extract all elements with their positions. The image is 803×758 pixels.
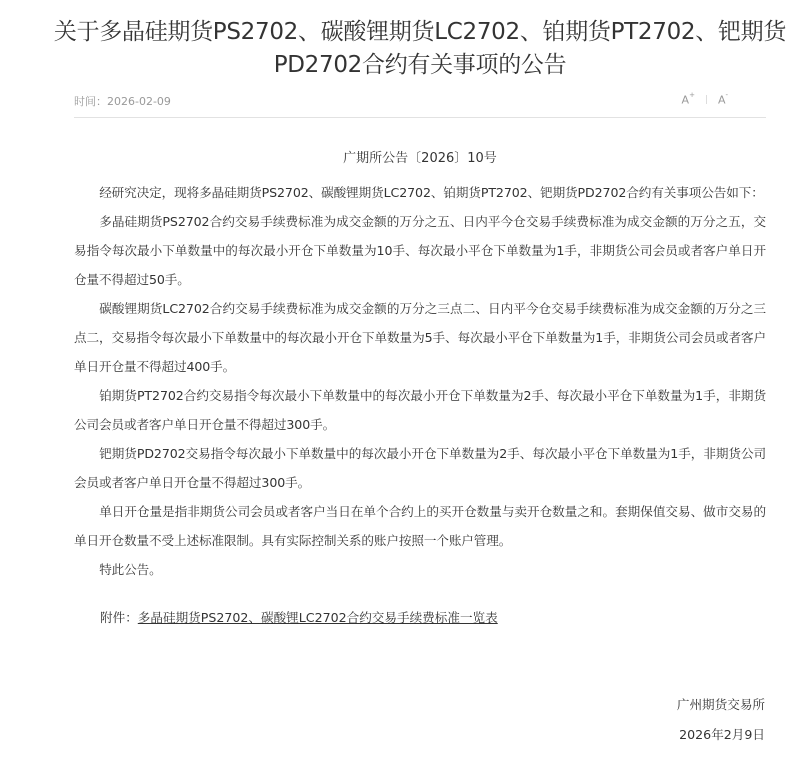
font-increase-button[interactable]: A+ [680, 93, 697, 107]
font-size-tools: A+ A- [680, 93, 730, 107]
article-body: 经研究决定，现将多晶硅期货PS2702、碳酸锂期货LC2702、铂期货PT270… [74, 178, 766, 584]
article-meta-bar: 时间：2026-02-09 A+ A- [74, 90, 766, 118]
paragraph-lc2702: 碳酸锂期货LC2702合约交易手续费标准为成交金额的万分之三点二、日内平今仓交易… [74, 294, 766, 381]
attachment-label: 附件： [100, 610, 138, 625]
paragraph-pt2702: 铂期货PT2702合约交易指令每次最小下单数量中的每次最小开仓下单数量为2手、每… [74, 381, 766, 439]
attachment-link[interactable]: 多晶硅期货PS2702、碳酸锂LC2702合约交易手续费标准一览表 [138, 610, 498, 625]
signature-date: 2026年2月9日 [679, 726, 765, 744]
paragraph-closing: 特此公告。 [74, 555, 766, 584]
paragraph-intro: 经研究决定，现将多晶硅期货PS2702、碳酸锂期货LC2702、铂期货PT270… [74, 178, 766, 207]
paragraph-ps2702: 多晶硅期货PS2702合约交易手续费标准为成交金额的万分之五、日内平今仓交易手续… [74, 207, 766, 294]
paragraph-pd2702: 钯期货PD2702交易指令每次最小下单数量中的每次最小开仓下单数量为2手、每次最… [74, 439, 766, 497]
publish-time: 时间：2026-02-09 [74, 93, 171, 109]
announcement-page: 关于多晶硅期货PS2702、碳酸锂期货LC2702、铂期货PT2702、钯期货P… [0, 0, 803, 758]
attachment-row: 附件：多晶硅期货PS2702、碳酸锂LC2702合约交易手续费标准一览表 [100, 609, 498, 627]
document-number: 广期所公告〔2026〕10号 [74, 150, 766, 168]
publish-time-value: 2026-02-09 [107, 95, 171, 108]
signature-organization: 广州期货交易所 [677, 696, 765, 714]
font-tools-divider [706, 95, 707, 104]
publish-time-label: 时间： [74, 95, 107, 108]
font-decrease-button[interactable]: A- [716, 93, 730, 107]
page-title: 关于多晶硅期货PS2702、碳酸锂期货LC2702、铂期货PT2702、钯期货P… [40, 16, 800, 82]
paragraph-definition: 单日开仓量是指非期货公司会员或者客户当日在单个合约上的买开仓数量与卖开仓数量之和… [74, 497, 766, 555]
font-increase-icon: A [682, 94, 690, 107]
